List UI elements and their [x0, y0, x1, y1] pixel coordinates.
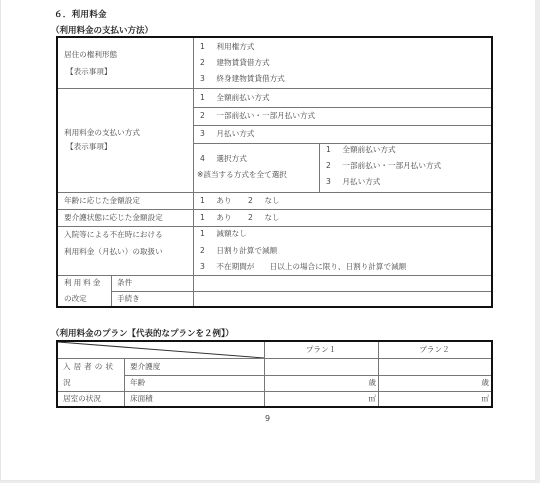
- payment-option-1: 1 全額前払い方式: [200, 89, 490, 106]
- room-status-label: 居室の状況: [63, 391, 123, 407]
- plan-1-header: プラン１: [264, 342, 378, 358]
- care-level-pricing-label: 要介護状態に応じた金額設定: [64, 209, 192, 226]
- selection-note: ※該当する方式を全て選択: [197, 166, 320, 183]
- payment-method-table: 居住の権利形態 【表示事項】 1 利用権方式 2 建物賃貸借方式 3 終身建物賃…: [56, 36, 493, 308]
- scrollbar-track[interactable]: [535, 0, 540, 483]
- care-level-pricing-options: 1 あり 2 なし: [200, 209, 490, 226]
- option-item: 2 建物賃貸借方式: [200, 54, 490, 71]
- age-pricing-label: 年齢に応じた金額設定: [64, 192, 192, 209]
- option-item: 1 利用権方式: [200, 38, 490, 55]
- fee-revision-conditions-label: 条件: [117, 275, 192, 291]
- section-heading: ６．利用料金: [54, 8, 107, 20]
- label-line: 入居者の状: [63, 358, 123, 375]
- option-item: 1 減額なし: [200, 226, 490, 243]
- absence-handling-label: 入院等による不在時における 利用料金（月払い）の取扱い: [64, 226, 192, 260]
- resident-status-label: 入居者の状 況: [63, 358, 123, 391]
- residence-right-options: 1 利用権方式 2 建物賃貸借方式 3 終身建物賃貸借方式: [200, 38, 490, 87]
- care-level-label: 要介護度: [130, 358, 260, 375]
- page-number: 9: [265, 414, 270, 423]
- age-label: 年齢: [130, 375, 260, 391]
- fee-revision-label: 利用料金 の改定: [64, 275, 112, 307]
- payment-method-label: 利用料金の支払い方式 【表示事項】: [64, 124, 192, 155]
- selection-label: 4 選択方式: [200, 150, 320, 167]
- age-pricing-options: 1 あり 2 なし: [200, 192, 490, 209]
- option-item: 1 全額前払い方式: [326, 142, 491, 158]
- plan-1-age: 歳: [264, 375, 376, 391]
- plan-2-floor-area: ㎡: [378, 391, 489, 407]
- option-item: 2 日割り計算で減額: [200, 243, 490, 260]
- plan-2-age: 歳: [378, 375, 489, 391]
- option-item: 3 終身建物賃貸借方式: [200, 70, 490, 87]
- label-line: 況: [63, 374, 123, 391]
- floor-area-label: 床面積: [130, 391, 260, 407]
- option-item: 2 一部前払い・一部月払い方式: [326, 158, 491, 174]
- selection-method: 4 選択方式 ※該当する方式を全て選択: [200, 150, 320, 183]
- label-line: 【表示事項】: [64, 63, 192, 80]
- payment-option-2: 2 一部前払い・一部月払い方式: [200, 107, 490, 124]
- payment-method-title: （利用料金の支払い方法）: [51, 24, 153, 36]
- residence-right-label: 居住の権利形態 【表示事項】: [64, 46, 192, 80]
- plan-2-header: プラン２: [378, 342, 491, 358]
- label-line: 居住の権利形態: [64, 46, 192, 63]
- label-line: 入院等による不在時における: [64, 226, 192, 243]
- absence-handling-options: 1 減額なし 2 日割り計算で減額 3 不在期間が 日以上の場合に限り、日割り計…: [200, 226, 490, 276]
- option-item: 3 不在期間が 日以上の場合に限り、日割り計算で減額: [200, 259, 490, 276]
- plan-table: プラン１ プラン２ 入居者の状 況 要介護度 年齢 歳 歳 居室の状況 床面積 …: [56, 340, 493, 408]
- label-line: 利用料金: [64, 275, 112, 291]
- plan-title: （利用料金のプラン【代表的なプランを２例】）: [51, 327, 234, 339]
- selection-options: 1 全額前払い方式 2 一部前払い・一部月払い方式 3 月払い方式: [326, 142, 491, 190]
- fee-revision-procedure-label: 手続き: [117, 291, 192, 307]
- payment-option-3: 3 月払い方式: [200, 125, 490, 142]
- plan-1-floor-area: ㎡: [264, 391, 376, 407]
- label-line: の改定: [64, 291, 112, 307]
- option-item: 3 月払い方式: [326, 174, 491, 190]
- diagonal-line-icon: [58, 342, 264, 359]
- label-line: 利用料金（月払い）の取扱い: [64, 243, 192, 260]
- document-page: ６．利用料金 （利用料金の支払い方法） 居住の権利形態 【表示事項】 1 利用権…: [0, 0, 535, 481]
